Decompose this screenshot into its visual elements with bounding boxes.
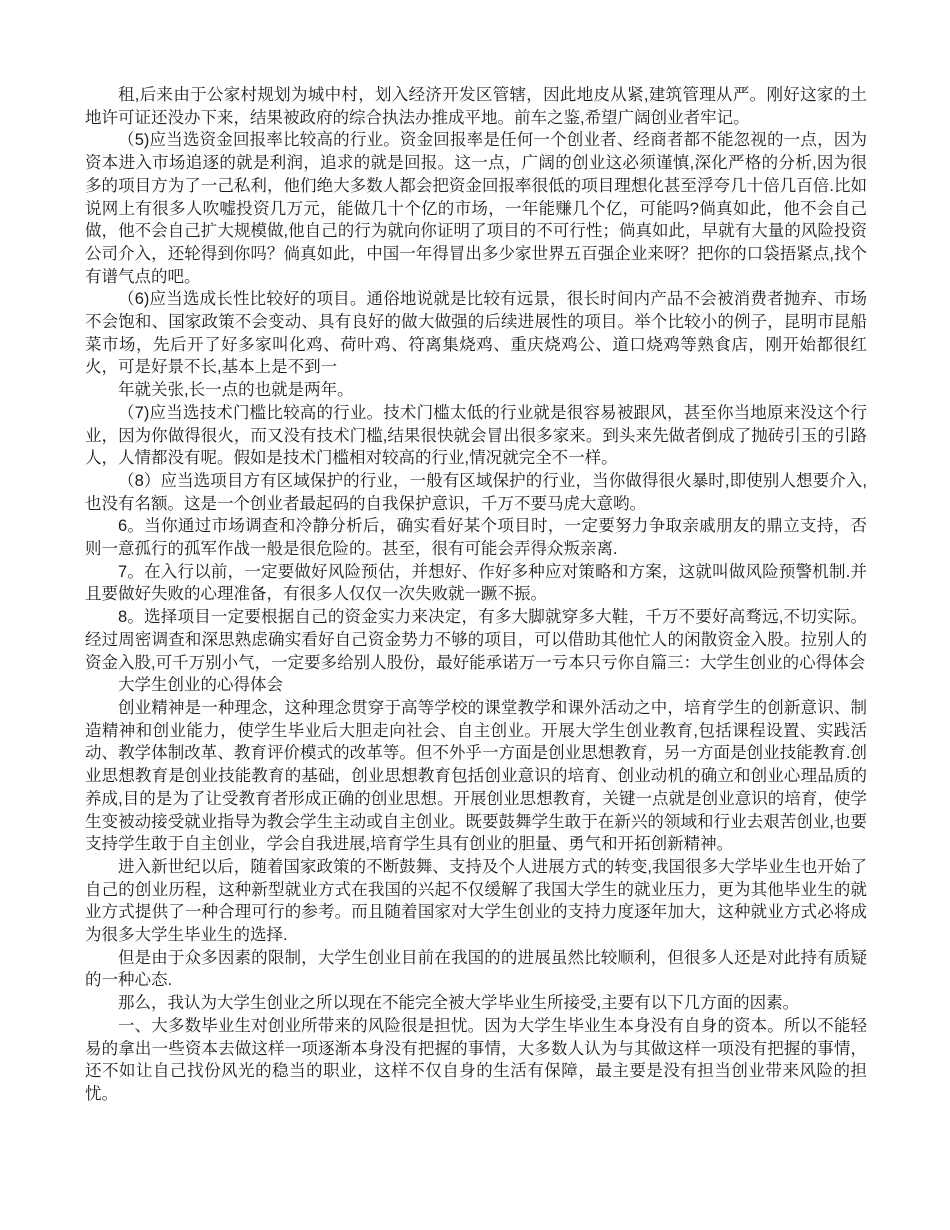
paragraph: 但是由于众多因素的限制，大学生创业目前在我国的的进展虽然比较顺利，但很多人还是对… <box>85 947 867 992</box>
paragraph: 大学生创业的心得体会 <box>85 674 867 697</box>
paragraph: 一、大多数毕业生对创业所带来的风险很是担忧。因为大学生毕业生本身没有自身的资本。… <box>85 1015 867 1106</box>
document-page: 租,后来由于公家村规划为城中村，划入经济开发区管辖，因此地皮从紧,建筑管理从严。… <box>0 0 950 1230</box>
paragraph: 那么，我认为大学生创业之所以现在不能完全被大学毕业生所接受,主要有以下几方面的因… <box>85 992 867 1015</box>
paragraph: 进入新世纪以后，随着国家政策的不断鼓舞、支持及个人进展方式的转变,我国很多大学毕… <box>85 856 867 947</box>
paragraph: 年就关张,长一点的也就是两年。 <box>85 379 867 402</box>
paragraph: （6)应当选成长性比较好的项目。通俗地说就是比较有远景，很长时间内产品不会被消费… <box>85 288 867 379</box>
paragraph: （5)应当选资金回报率比较高的行业。资金回报率是任何一个创业者、经商者都不能忽视… <box>85 129 867 288</box>
paragraph: （7)应当选技术门槛比较高的行业。技术门槛太低的行业就是很容易被跟风，甚至你当地… <box>85 402 867 470</box>
paragraph: （8）应当选项目方有区域保护的行业，一般有区域保护的行业，当你做得很火暴时,即使… <box>85 470 867 515</box>
paragraph: 租,后来由于公家村规划为城中村，划入经济开发区管辖，因此地皮从紧,建筑管理从严。… <box>85 84 867 129</box>
paragraph: 6。当你通过市场调查和冷静分析后，确实看好某个项目时，一定要努力争取亲戚朋友的鼎… <box>85 515 867 560</box>
paragraph: 创业精神是一种理念，这种理念贯穿于高等学校的课堂教学和课外活动之中，培育学生的创… <box>85 697 867 856</box>
paragraph: 8。选择项目一定要根据自己的资金实力来决定，有多大脚就穿多大鞋，千万不要好高骛远… <box>85 606 867 674</box>
paragraph: 7。在入行以前，一定要做好风险预估，并想好、作好多种应对策略和方案，这就叫做风险… <box>85 561 867 606</box>
document-body: 租,后来由于公家村规划为城中村，划入经济开发区管辖，因此地皮从紧,建筑管理从严。… <box>85 84 867 1106</box>
